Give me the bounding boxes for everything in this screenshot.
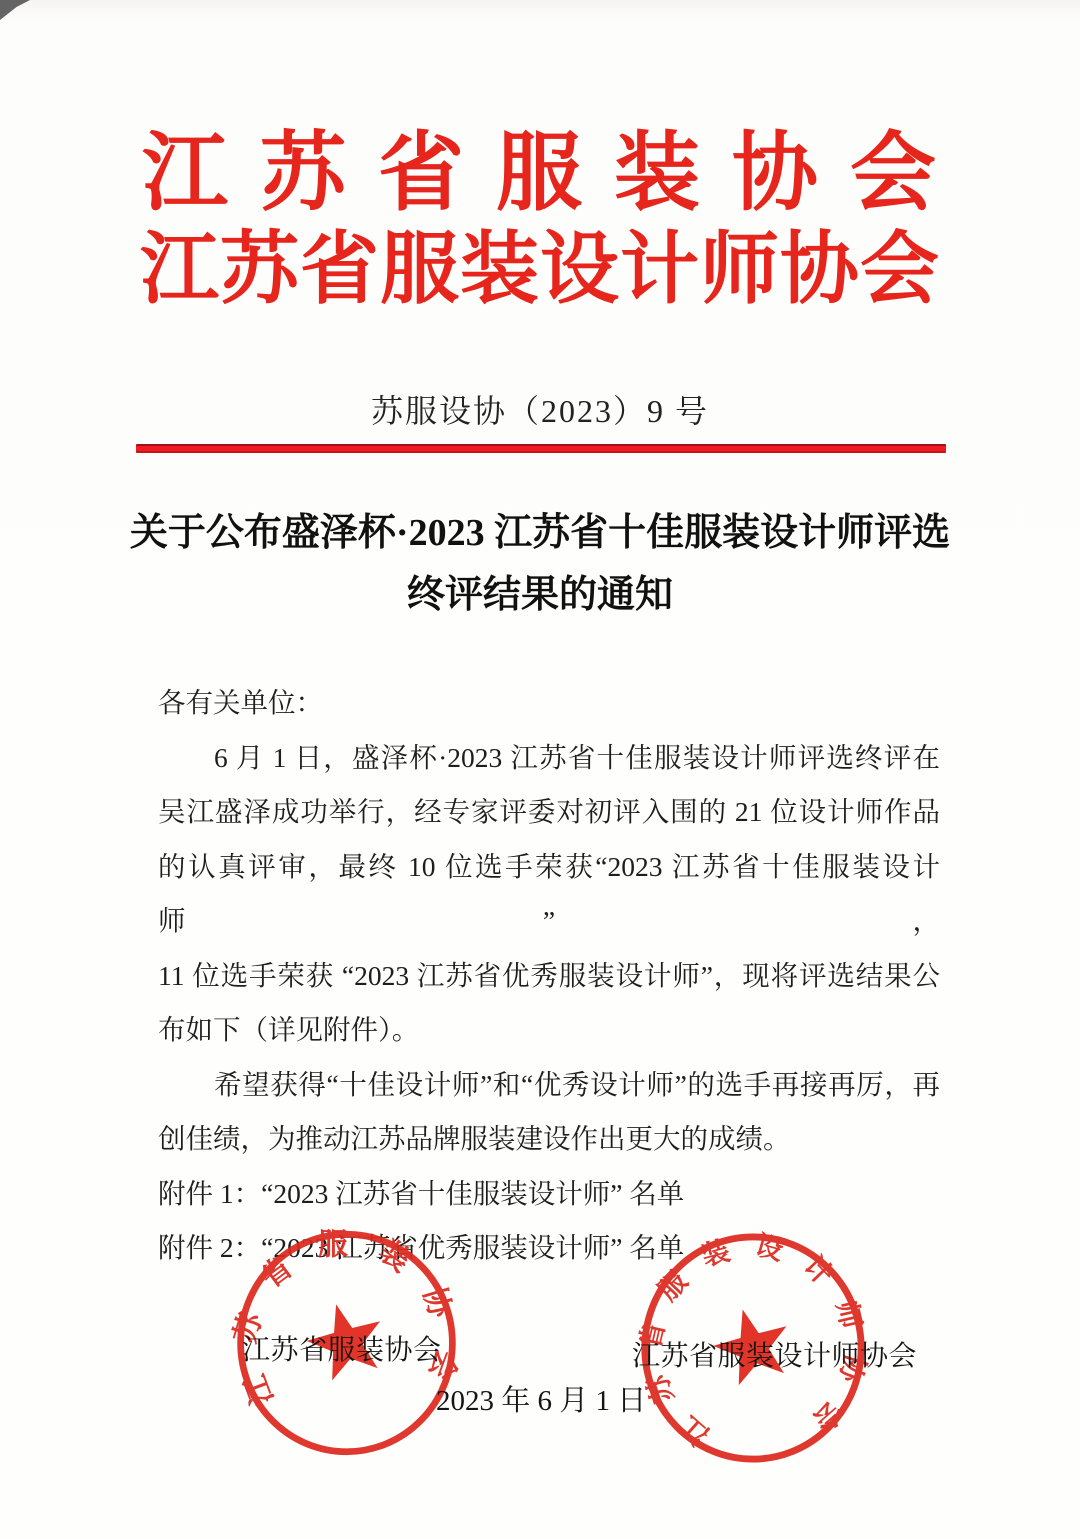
notice-title-line2: 终评结果的通知 — [0, 564, 1080, 626]
red-separator-rule — [136, 444, 946, 453]
body-line: 的认真评审，最终 10 位选手荣获“2023 江苏省十佳服装设计师”， — [158, 840, 940, 949]
notice-body: 各有关单位： 6 月 1 日，盛泽杯·2023 江苏省十佳服装设计师评选终评在 … — [158, 676, 940, 1276]
org-title-line2: 江苏省服装设计师协会 — [140, 228, 940, 315]
body-line: 布如下（详见附件）。 — [158, 1003, 940, 1058]
document-page: 江苏省服装协会 江苏省服装设计师协会 苏服设协（2023）9 号 关于公布盛泽杯… — [0, 0, 1080, 1539]
doc-number: 苏服设协（2023）9 号 — [0, 386, 1080, 432]
notice-title: 关于公布盛泽杯·2023 江苏省十佳服装设计师评选 终评结果的通知 — [0, 502, 1080, 626]
salutation-line: 各有关单位： — [158, 676, 940, 731]
seal-left-text: 江苏省服装协会 — [231, 1228, 462, 1409]
body-line: 11 位选手荣获 “2023 江苏省优秀服装设计师”，现将评选结果公 — [158, 949, 940, 1004]
attachment-line-1: 附件 1：“2023 江苏省十佳服装设计师” 名单 — [158, 1167, 940, 1222]
org-title-line1: 江苏省服装协会 — [142, 126, 968, 221]
body-line: 希望获得“十佳设计师”和“优秀设计师”的选手再接再厉，再 — [158, 1058, 940, 1113]
issue-date: 2023 年 6 月 1 日 — [436, 1378, 642, 1419]
scan-corner-artifact — [0, 0, 30, 20]
body-line: 吴江盛泽成功举行，经专家评委对初评入围的 21 位设计师作品 — [158, 785, 940, 840]
notice-title-line1: 关于公布盛泽杯·2023 江苏省十佳服装设计师评选 — [0, 502, 1080, 564]
signature-left-org: 江苏省服装协会 — [242, 1328, 442, 1368]
signature-right-org: 江苏省服装设计师协会 — [632, 1334, 917, 1374]
svg-text:江苏省服装协会: 江苏省服装协会 — [231, 1228, 462, 1409]
body-line: 创佳绩，为推动江苏品牌服装建设作出更大的成绩。 — [158, 1112, 940, 1167]
body-line: 6 月 1 日，盛泽杯·2023 江苏省十佳服装设计师评选终评在 — [158, 731, 940, 786]
